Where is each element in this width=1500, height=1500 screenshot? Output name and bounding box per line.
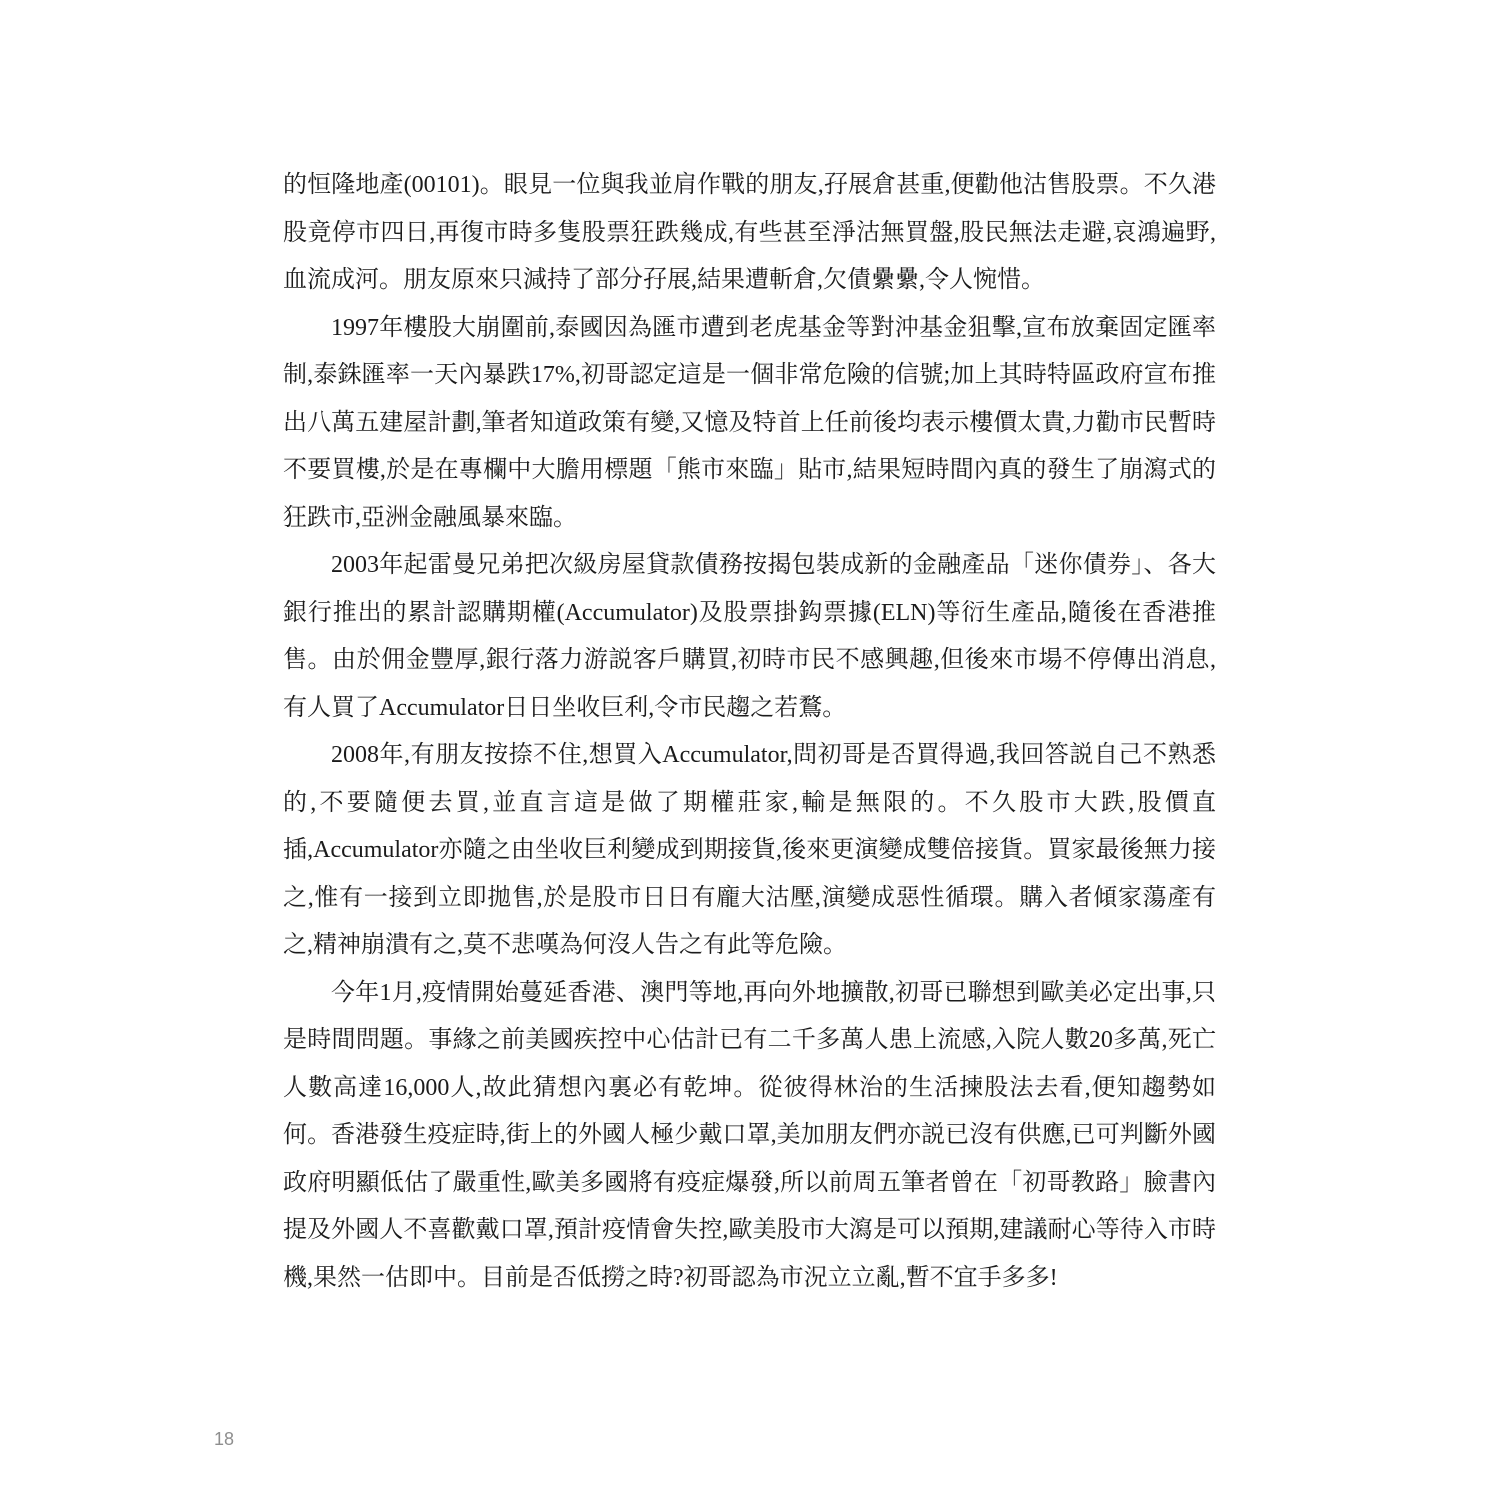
paragraph: 2003年起雷曼兄弟把次級房屋貸款債務按揭包裝成新的金融產品「迷你債券」、各大銀… <box>283 542 1216 732</box>
page-number: 18 <box>214 1430 234 1448</box>
text-block: 的恒隆地產(00101)。眼見一位與我並肩作戰的朋友,孖展倉甚重,便勸他沽售股票… <box>283 162 1216 1302</box>
paragraph: 的恒隆地產(00101)。眼見一位與我並肩作戰的朋友,孖展倉甚重,便勸他沽售股票… <box>283 162 1216 305</box>
paragraph: 今年1月,疫情開始蔓延香港、澳門等地,再向外地擴散,初哥已聯想到歐美必定出事,只… <box>283 970 1216 1303</box>
book-page: 的恒隆地產(00101)。眼見一位與我並肩作戰的朋友,孖展倉甚重,便勸他沽售股票… <box>0 0 1500 1500</box>
paragraph: 2008年,有朋友按捺不住,想買入Accumulator,問初哥是否買得過,我回… <box>283 732 1216 970</box>
paragraph: 1997年樓股大崩圍前,泰國因為匯市遭到老虎基金等對沖基金狙擊,宣布放棄固定匯率… <box>283 305 1216 543</box>
